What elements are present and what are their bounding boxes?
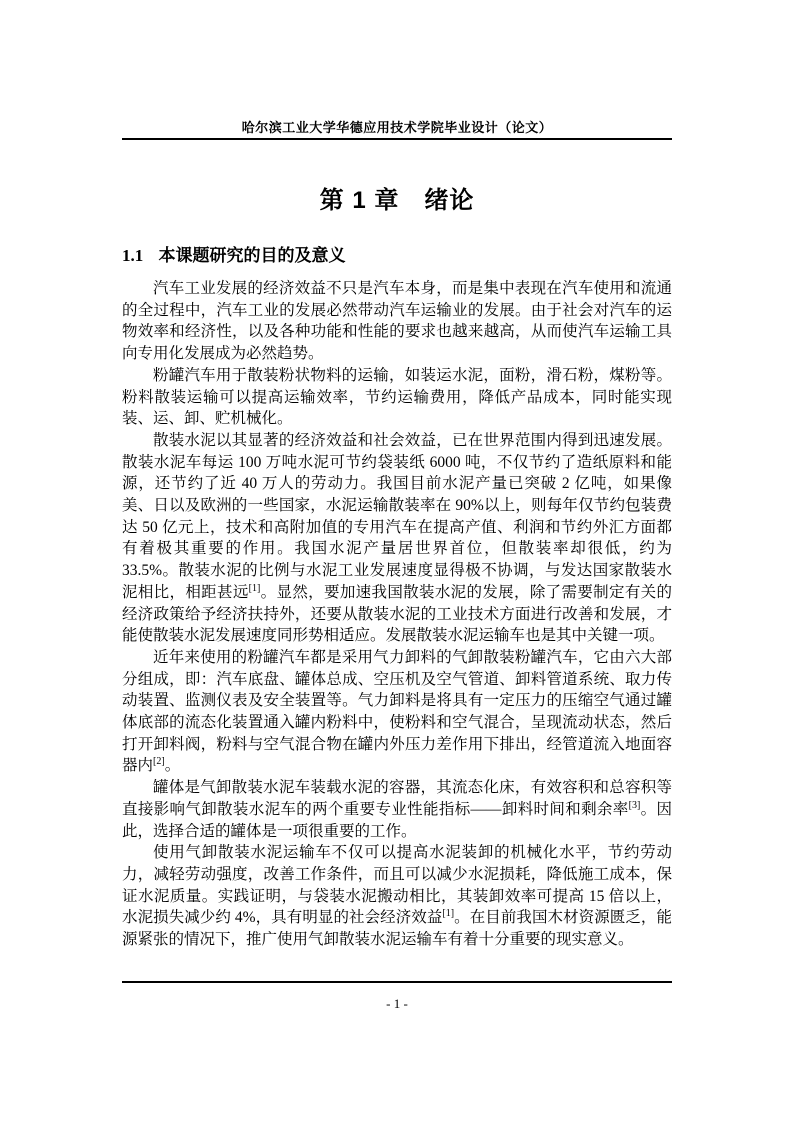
paragraph: 使用气卸散装水泥运输车不仅可以提高水泥装卸的机械化水平，节约劳动力，减轻劳动强度… bbox=[122, 842, 672, 951]
paragraph: 近年来使用的粉罐汽车都是采用气力卸料的气卸散装粉罐汽车，它由六大部分组成，即：汽… bbox=[122, 647, 672, 777]
footer-rule bbox=[122, 981, 672, 983]
page-number: - 1 - bbox=[122, 996, 672, 1012]
paragraph: 罐体是气卸散装水泥车装载水泥的容器，其流态化床，有效容积和总容积等直接影响气卸散… bbox=[122, 777, 672, 842]
section-heading: 1.1本课题研究的目的及意义 bbox=[122, 241, 672, 266]
paragraph: 散装水泥以其显著的经济效益和社会效益，已在世界范围内得到迅速发展。散装水泥车每运… bbox=[122, 430, 672, 647]
citation-ref: [3] bbox=[629, 800, 641, 811]
section-title: 本课题研究的目的及意义 bbox=[159, 246, 346, 265]
chapter-title: 第 1 章 绪论 bbox=[122, 180, 672, 215]
citation-ref: [1] bbox=[249, 583, 261, 594]
citation-ref: [1] bbox=[442, 908, 454, 919]
paragraph: 粉罐汽车用于散装粉状物料的运输，如装运水泥，面粉，滑石粉，煤粉等。粉料散装运输可… bbox=[122, 365, 672, 430]
page-body: 第 1 章 绪论 1.1本课题研究的目的及意义 汽车工业发展的经济效益不只是汽车… bbox=[122, 140, 672, 951]
section-number: 1.1 bbox=[122, 246, 143, 265]
running-header: 哈尔滨工业大学华德应用技术学院毕业设计（论文） bbox=[122, 117, 672, 136]
body-paragraphs: 汽车工业发展的经济效益不只是汽车本身，而是集中表现在汽车使用和流通的全过程中，汽… bbox=[122, 278, 672, 951]
document-page: 哈尔滨工业大学华德应用技术学院毕业设计（论文） 第 1 章 绪论 1.1本课题研… bbox=[0, 0, 794, 1123]
paragraph: 汽车工业发展的经济效益不只是汽车本身，而是集中表现在汽车使用和流通的全过程中，汽… bbox=[122, 278, 672, 365]
citation-ref: [2] bbox=[153, 756, 165, 767]
